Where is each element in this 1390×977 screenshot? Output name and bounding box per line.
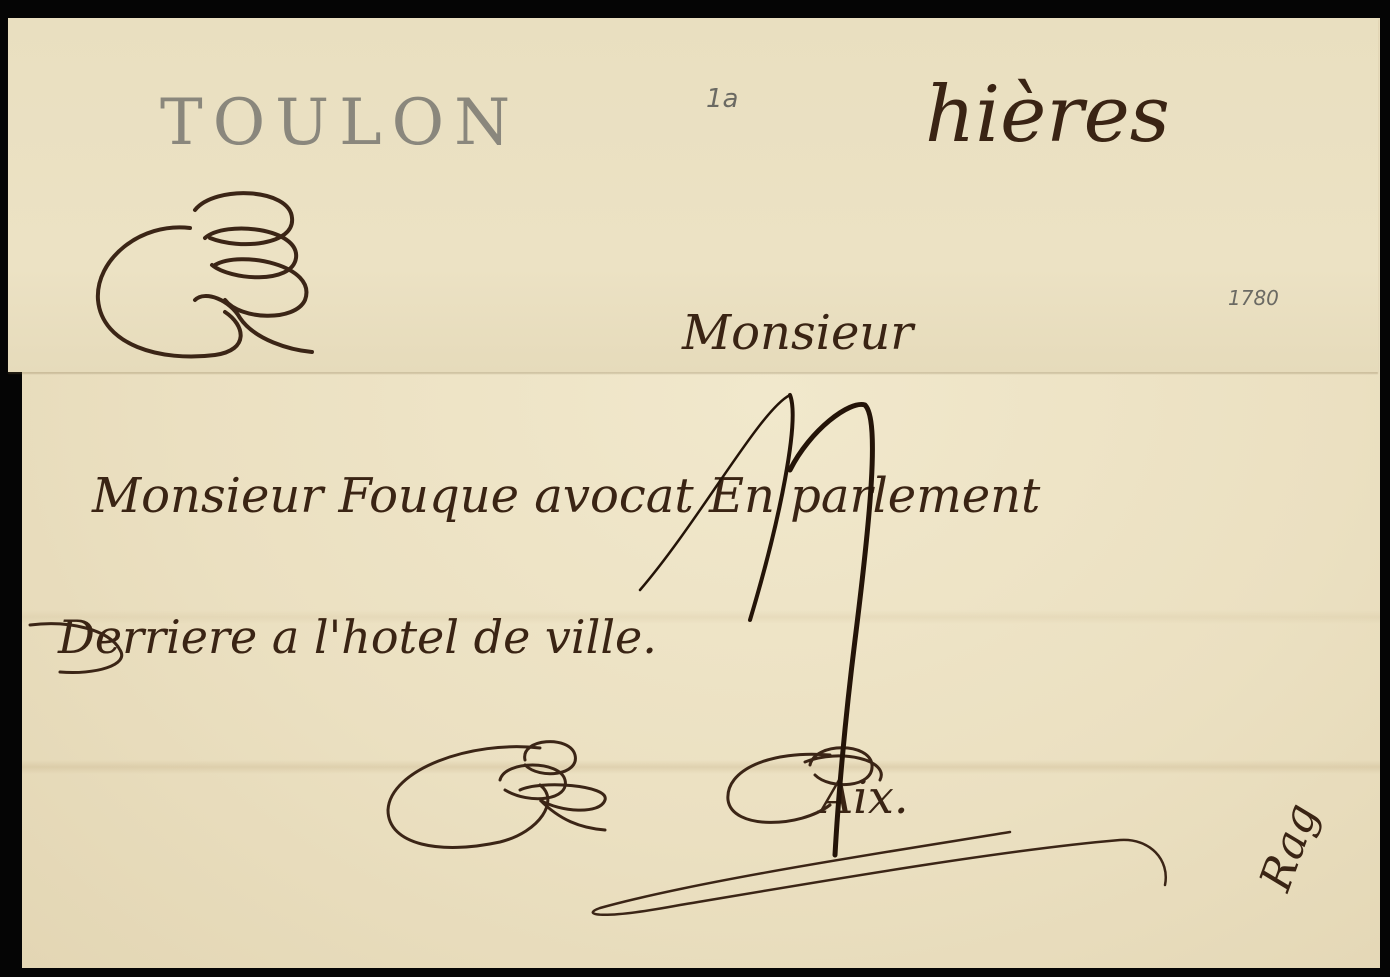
ink-flourishes: [0, 0, 1390, 977]
rate-marking-11: [640, 395, 872, 855]
paraph-flourish-icon: [98, 193, 312, 356]
paraph-flourish-icon: [388, 742, 605, 848]
paraph-flourish-icon: [728, 748, 881, 823]
underline-swash: [593, 832, 1166, 915]
